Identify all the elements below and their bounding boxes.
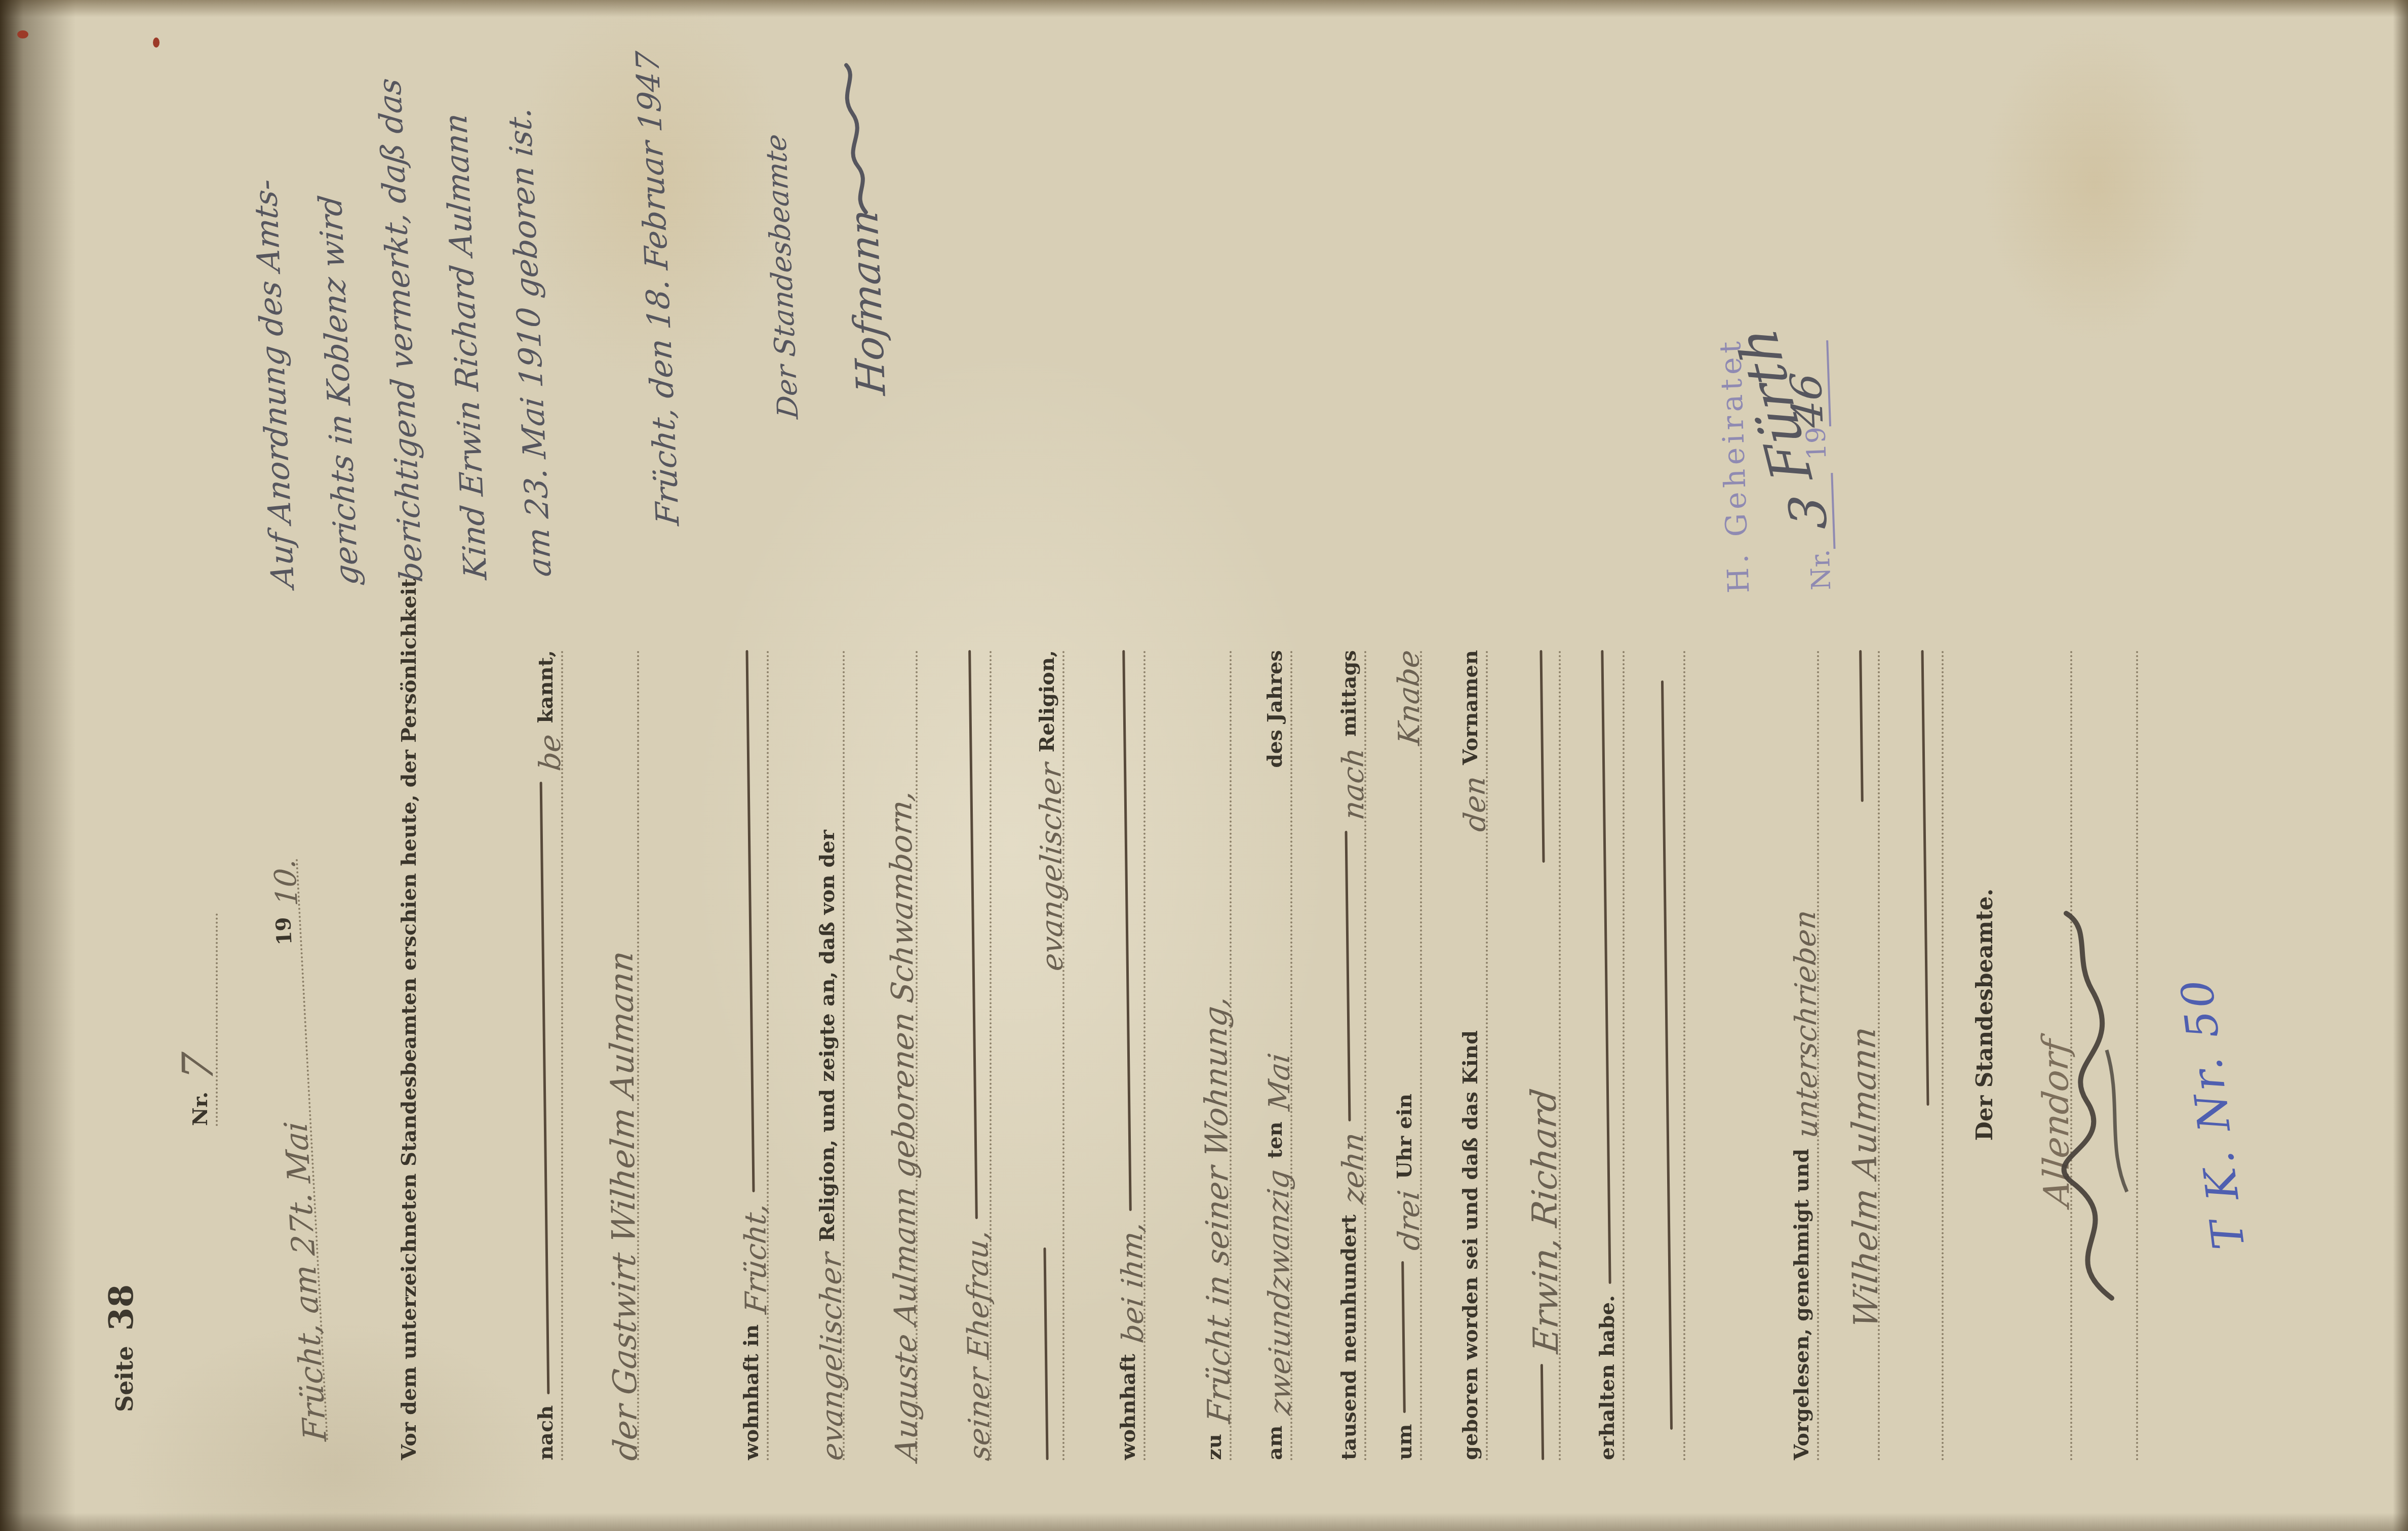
- marriage-stamp: H. Geheiratet Nr. 3 19 46 Fürth: [1712, 316, 1837, 594]
- form-line-bei-ihm: wohnhaft bei ihm,: [1095, 650, 1146, 1460]
- printed-text: wohnhaft: [1118, 1354, 1143, 1460]
- form-line-religion-father: evangelischer Religion, und zeigte an, d…: [794, 650, 845, 1460]
- form-line-given-names: Erwin, Richard: [1510, 650, 1561, 1460]
- stamp-nr-blank: 3: [1784, 473, 1835, 550]
- form-line-birthday: am zweiundzwanzig ten Mai des Jahres: [1242, 650, 1292, 1460]
- record-date-line: Frücht, am 27t. Mai 19 10.: [247, 859, 328, 1443]
- ink-strike: [1122, 650, 1132, 1211]
- printed-text: kannt,: [536, 650, 561, 723]
- form-line-religion-mother: evangelischer Religion,: [1014, 650, 1064, 1460]
- printed-text: erhalten habe.: [1597, 1295, 1623, 1460]
- stamp-nr-value: 3: [1785, 494, 1832, 530]
- printed-text: mittags: [1339, 650, 1364, 737]
- article-entry: den: [1461, 775, 1488, 833]
- residence-entry: Frücht,: [742, 1202, 769, 1315]
- birthplace-entry: Frücht in seiner Wohnung,: [1202, 995, 1234, 1425]
- red-speck: [153, 37, 160, 48]
- margin-correction-note: Auf Anordnung des Amts- gerichts in Kobl…: [226, 0, 912, 593]
- printed-text: des Jahres: [1265, 650, 1290, 768]
- page-header: Seite 38: [101, 1284, 141, 1412]
- ink-strike: [1601, 650, 1611, 1284]
- printed-century: 19: [273, 916, 300, 946]
- record-number-line: Nr. 7: [167, 913, 218, 1126]
- hour-entry: drei: [1395, 1189, 1422, 1252]
- year-entry: zehn: [1339, 1131, 1366, 1205]
- form-line-intro: Vor dem unterzeichneten Standesbeamten e…: [376, 650, 424, 1460]
- stamp-nr-label: Nr.: [1805, 549, 1837, 591]
- blue-pencil-note: T K. Nr. 50: [2171, 974, 2255, 1252]
- form-line-mother: Auguste Aulmann geborenen Schwamborn,: [867, 650, 918, 1460]
- printed-text: Vornamen: [1460, 650, 1486, 765]
- printed-text: Religion,: [1037, 650, 1062, 752]
- printed-text: am: [1265, 1426, 1290, 1460]
- printed-text: um: [1395, 1424, 1420, 1460]
- form-line-declarant-signature: Wilhelm Aulmann: [1829, 650, 1880, 1460]
- form-line-vornamen: geboren worden sei und daß das Kind den …: [1437, 650, 1488, 1460]
- record-place-date-hand: Frücht, am 27t. Mai: [282, 1121, 330, 1441]
- given-names: Erwin, Richard: [1529, 1087, 1562, 1355]
- ink-strike: [968, 650, 978, 1219]
- printed-text: wohnhaft in: [741, 1324, 767, 1460]
- registrar-label: Der Standesbeamte.: [1974, 889, 2001, 1141]
- page-label: Seite: [111, 1346, 138, 1412]
- form-line-declarant: der Gastwirt Wilhelm Aulmann: [588, 650, 639, 1460]
- meridiem-entry: nach: [1339, 746, 1366, 821]
- note-signature: Hofmann: [832, 207, 904, 398]
- record-year-hand: 10.: [271, 858, 300, 906]
- scan-background: Seite 38 Auf Anordnung des Amts- gericht…: [0, 0, 2408, 1531]
- ink-strike: [1345, 831, 1351, 1121]
- form-line-bekannt: nach be kannt,: [512, 650, 563, 1460]
- register-page: Seite 38 Auf Anordnung des Amts- gericht…: [0, 0, 2408, 1531]
- signature-flourish: [840, 62, 877, 215]
- mother-name: Auguste Aulmann geborenen Schwamborn,: [887, 789, 921, 1462]
- form-line-birthplace: zu Frücht in seiner Wohnung,: [1181, 650, 1232, 1460]
- page-number: 38: [101, 1284, 141, 1331]
- form-line-empty: [1635, 650, 1685, 1460]
- ink-strike: [1043, 1247, 1048, 1460]
- handwritten-entry: bei ihm,: [1119, 1221, 1146, 1344]
- form-line-ehefrau: seiner Ehefrau,: [941, 650, 992, 1460]
- printed-text: Uhr ein: [1395, 1094, 1420, 1179]
- ink-strike: [1401, 1261, 1406, 1413]
- form-line-vorgelesen: Vorgelesen, genehmigt und unterschrieben: [1768, 650, 1819, 1460]
- handwritten-entry: unterschrieben: [1792, 909, 1820, 1139]
- handwritten-entry: be: [537, 733, 564, 772]
- printed-text: zu: [1204, 1434, 1230, 1460]
- form-line-year: tausend neunhundert zehn nach mittags: [1316, 650, 1366, 1460]
- printed-text: tausend neunhundert: [1339, 1215, 1364, 1460]
- handwritten-entry: seiner Ehefrau,: [964, 1229, 993, 1462]
- religion-entry: evangelischer: [1037, 762, 1065, 973]
- note-signature-row: Hofmann: [822, 0, 904, 400]
- form-line-hour: um drei Uhr ein Knabe: [1371, 650, 1422, 1460]
- form-line-empty: [1893, 650, 1944, 1460]
- month-entry: Mai: [1266, 1052, 1292, 1112]
- form-line-residence: wohnhaft in Frücht,: [718, 650, 769, 1460]
- printed-text: Vorgelesen, genehmigt und: [1792, 1149, 1817, 1460]
- record-number-label: Nr.: [190, 1092, 216, 1126]
- countersignature-flourish: [2031, 898, 2147, 1313]
- record-number-value: 7: [179, 1051, 218, 1082]
- ink-strike: [1541, 1364, 1544, 1460]
- declarant-signature: Wilhelm Aulmann: [1848, 1025, 1881, 1329]
- dotted-blank: [301, 955, 309, 1110]
- ink-strike: [1539, 650, 1545, 863]
- red-speck: [17, 30, 28, 38]
- ink-strike: [745, 650, 755, 1192]
- declarant-name: der Gastwirt Wilhelm Aulmann: [608, 949, 641, 1462]
- form-line-erhalten: erhalten habe.: [1574, 650, 1625, 1460]
- note-signoff: Der Standesbeamte: [737, 0, 821, 422]
- printed-text: geboren worden sei und daß das Kind: [1460, 1030, 1486, 1460]
- registrar-label-line: Der Standesbeamte.: [1953, 848, 2001, 1182]
- note-place-date: Frücht, den 18. Februar 1947: [612, 0, 700, 528]
- sex-entry: Knabe: [1395, 649, 1423, 746]
- ink-strike: [1661, 680, 1673, 1430]
- religion-entry: evangelischer: [817, 1252, 846, 1462]
- ink-strike: [1859, 650, 1864, 802]
- printed-text: Vor dem unterzeichneten Standesbeamten e…: [399, 579, 424, 1460]
- ink-strike: [540, 782, 550, 1394]
- printed-text: ten: [1265, 1121, 1290, 1158]
- printed-text: Religion, und zeigte an, daß von der: [817, 830, 843, 1242]
- day-entry: zweiundzwanzig: [1265, 1168, 1293, 1416]
- printed-text: nach: [536, 1405, 561, 1460]
- ink-strike: [1921, 650, 1929, 1106]
